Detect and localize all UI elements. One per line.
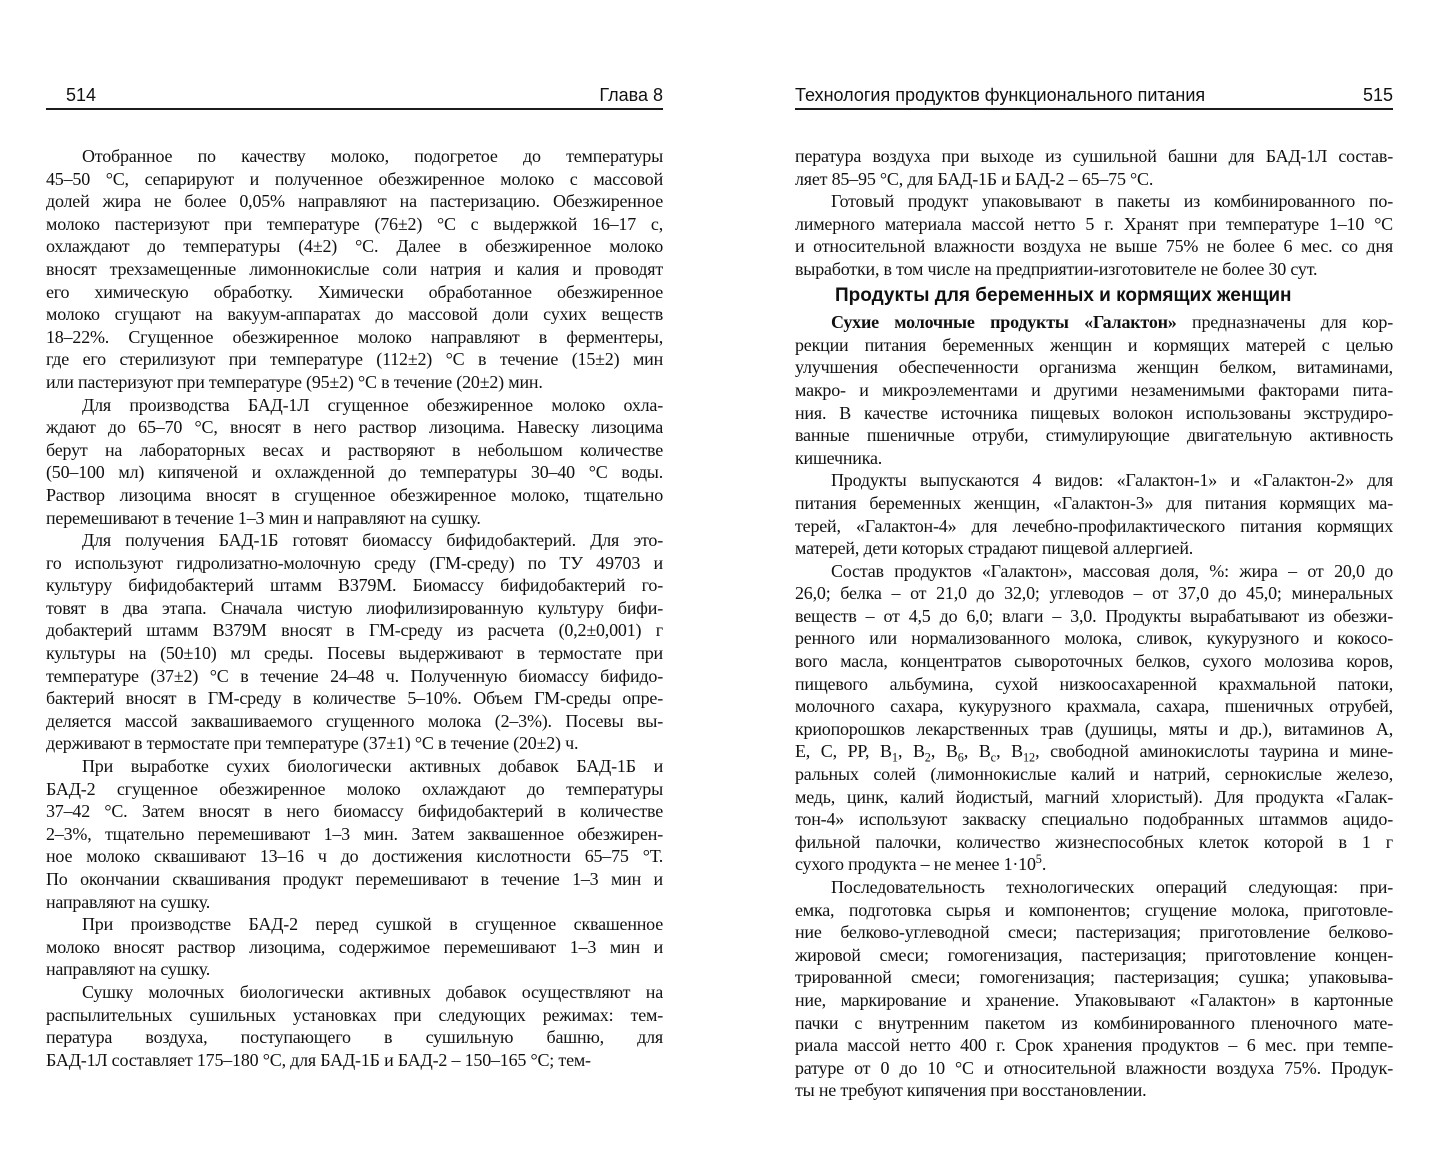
text-line: вносят трехзамещенные лимоннокислые соли…: [46, 258, 663, 281]
book-spread: 514 Глава 8 Отобранное по качеству молок…: [0, 0, 1456, 1159]
text-line: где его стерилизуют при температуре (112…: [46, 348, 663, 371]
text-line: ральных солей (лимоннокислые калий и нат…: [795, 763, 1393, 786]
paragraph: При производстве БАД-2 перед сушкой в сг…: [46, 913, 663, 981]
text-line: (50–100 мл) кипяченой и охлажденной до т…: [46, 461, 663, 484]
text-line: тон-4» используют закваску специально по…: [795, 808, 1393, 831]
paragraph: Последовательность технологических опера…: [795, 876, 1393, 1102]
text-line: терей, «Галактон-4» для лечебно-профилак…: [795, 515, 1393, 538]
text-line: температуре (37±2) °С в течение 24–48 ч.…: [46, 665, 663, 688]
text-line: молочного сахара, кукурузного крахмала, …: [795, 695, 1393, 718]
text-line: молоко сгущают на вакуум-аппаратах до ма…: [46, 303, 663, 326]
text-line: ренного или нормализованного молока, сли…: [795, 627, 1393, 650]
text-line: пачки с внутренним пакетом из комбиниров…: [795, 1012, 1393, 1035]
text-line: культуры на (50±10) мл среды. Посевы выд…: [46, 642, 663, 665]
text-line: ния. В качестве источника пищевых волоко…: [795, 402, 1393, 425]
text-line: емка, подготовка сырья и компонентов; сг…: [795, 899, 1393, 922]
text-line: культуру бифидобактерий штамм В379М. Био…: [46, 574, 663, 597]
text-line: риала массой нетто 400 г. Срок хранения …: [795, 1034, 1393, 1057]
text-line: выработки, в том числе на предприятии-из…: [795, 258, 1393, 281]
text-line: держивают в термостате при температуре (…: [46, 732, 663, 755]
left-running-title: Глава 8: [599, 86, 663, 104]
text-line: улучшения обеспеченности организма женщи…: [795, 356, 1393, 379]
text-line: молоко пастеризуют при температуре (76±2…: [46, 213, 663, 236]
text-line: товят в два этапа. Сначала чистую лиофил…: [46, 597, 663, 620]
left-page: 514 Глава 8 Отобранное по качеству молок…: [46, 86, 663, 1071]
text-line: охлаждают до температуры (4±2) °С. Далее…: [46, 235, 663, 258]
text-line: Сушку молочных биологически активных доб…: [46, 981, 663, 1004]
text-line: Готовый продукт упаковывают в пакеты из …: [795, 190, 1393, 213]
text-line: 37–42 °С. Затем вносят в него биомассу б…: [46, 800, 663, 823]
text-line: го используют гидролизатно-молочную сред…: [46, 552, 663, 575]
text-line: Для производства БАД-1Л сгущенное обезжи…: [46, 394, 663, 417]
right-running-title: Технология продуктов функционального пит…: [795, 86, 1205, 104]
text-line: перемешивают в течение 1–3 мин и направл…: [46, 507, 663, 530]
text-line: По окончании сквашивания продукт перемеш…: [46, 868, 663, 891]
paragraph: Для производства БАД-1Л сгущенное обезжи…: [46, 394, 663, 530]
text-line: Для получения БАД-1Б готовят биомассу би…: [46, 529, 663, 552]
text-line: распылительных сушильных установках при …: [46, 1004, 663, 1027]
paragraph: Сушку молочных биологически активных доб…: [46, 981, 663, 1071]
paragraph: Продукты выпускаются 4 видов: «Галактон-…: [795, 469, 1393, 559]
text-line: бактерий вносят в ГМ-среду в количестве …: [46, 687, 663, 710]
text-line: Продукты выпускаются 4 видов: «Галактон-…: [795, 469, 1393, 492]
text-line: ляет 85–95 °С, для БАД-1Б и БАД-2 – 65–7…: [795, 168, 1393, 191]
left-page-number: 514: [66, 86, 96, 104]
text-line: молоко вносят раствор лизоцима, содержим…: [46, 936, 663, 959]
text-line: и относительной влажности воздуха не выш…: [795, 235, 1393, 258]
text-line: ванные пшеничные отруби, стимулирующие д…: [795, 424, 1393, 447]
text-line: ное молоко сквашивают 13–16 ч до достиже…: [46, 845, 663, 868]
text-line: направляют на сушку.: [46, 891, 663, 914]
text-line: 26,0; белка – от 21,0 до 32,0; углеводов…: [795, 582, 1393, 605]
text-line: пищевого альбумина, сухой низкоосахаренн…: [795, 673, 1393, 696]
right-page: Технология продуктов функционального пит…: [795, 86, 1393, 1102]
text-line: При выработке сухих биологически активны…: [46, 755, 663, 778]
paragraph: Готовый продукт упаковывают в пакеты из …: [795, 190, 1393, 280]
right-page-number: 515: [1363, 86, 1393, 104]
text-line: криопорошков лекарственных трав (душицы,…: [795, 718, 1393, 741]
text-line: лимерного материала массой нетто 5 г. Хр…: [795, 213, 1393, 236]
text-line: деляется массой заквашиваемого сгущенног…: [46, 710, 663, 733]
text-line: рекции питания беременных женщин и кормя…: [795, 334, 1393, 357]
text-line: БАД-1Л составляет 175–180 °С, для БАД-1Б…: [46, 1049, 663, 1072]
paragraph: пература воздуха при выходе из сушильной…: [795, 145, 1393, 190]
paragraph: При выработке сухих биологически активны…: [46, 755, 663, 913]
text-line: питания беременных женщин, «Галактон-3» …: [795, 492, 1393, 515]
text-line: фильной палочки, количество жизнеспособн…: [795, 831, 1393, 854]
text-line: сухого продукта – не менее 1·105.: [795, 853, 1393, 876]
text-line: 2–3%, тщательно перемешивают 1–3 мин. За…: [46, 823, 663, 846]
text-line: ты не требуют кипячения при восстановлен…: [795, 1079, 1393, 1102]
text-line: матерей, дети которых страдают пищевой а…: [795, 537, 1393, 560]
text-line: берут на лабораторных весах и растворяют…: [46, 439, 663, 462]
text-line: пература воздуха, поступающего в сушильн…: [46, 1026, 663, 1049]
text-line: добактерий штамм В379М вносят в ГМ-среду…: [46, 619, 663, 642]
text-line: Сухие молочные продукты «Галактон» предн…: [795, 311, 1393, 334]
text-line: Е, С, РР, В1, В2, В6, Вс, В12, свободной…: [795, 740, 1393, 763]
text-line: жировой смеси; гомогенизация, пастеризац…: [795, 944, 1393, 967]
text-line: БАД-2 сгущенное обезжиренное молоко охла…: [46, 778, 663, 801]
text-line: его химическую обработку. Химически обра…: [46, 281, 663, 304]
right-page-header: Технология продуктов функционального пит…: [795, 86, 1393, 110]
right-page-text: пература воздуха при выходе из сушильной…: [795, 145, 1393, 1102]
text-line: долей жира не более 0,05% направляют на …: [46, 190, 663, 213]
text-line: направляют на сушку.: [46, 958, 663, 981]
text-line: ние белково-углеводной смеси; пастеризац…: [795, 921, 1393, 944]
text-line: ние, маркирование и хранение. Упаковываю…: [795, 989, 1393, 1012]
text-line: трированной смеси; гомогенизация; пастер…: [795, 966, 1393, 989]
text-line: или пастеризуют при температуре (95±2) °…: [46, 371, 663, 394]
text-line: ждают до 65–70 °С, вносят в него раствор…: [46, 416, 663, 439]
paragraph: Отобранное по качеству молоко, подогрето…: [46, 145, 663, 394]
text-line: 45–50 °С, сепарируют и полученное обезжи…: [46, 168, 663, 191]
text-line: вого масла, концентратов сывороточных бе…: [795, 650, 1393, 673]
text-line: медь, цинк, калий йодистый, магний хлори…: [795, 786, 1393, 809]
text-line: Раствор лизоцима вносят в сгущенное обез…: [46, 484, 663, 507]
text-line: Отобранное по качеству молоко, подогрето…: [46, 145, 663, 168]
text-line: пература воздуха при выходе из сушильной…: [795, 145, 1393, 168]
text-line: кишечника.: [795, 447, 1393, 470]
text-line: Последовательность технологических опера…: [795, 876, 1393, 899]
text-line: ратуре от 0 до 10 °С и относительной вла…: [795, 1057, 1393, 1080]
paragraph: Для получения БАД-1Б готовят биомассу би…: [46, 529, 663, 755]
paragraph: Состав продуктов «Галактон», массовая до…: [795, 560, 1393, 876]
text-line: При производстве БАД-2 перед сушкой в сг…: [46, 913, 663, 936]
text-line: 18–22%. Сгущенное обезжиренное молоко на…: [46, 326, 663, 349]
text-line: веществ – от 4,5 до 6,0; влаги – 3,0. Пр…: [795, 605, 1393, 628]
left-page-text: Отобранное по качеству молоко, подогрето…: [46, 145, 663, 1071]
paragraph: Сухие молочные продукты «Галактон» предн…: [795, 311, 1393, 469]
left-page-header: 514 Глава 8: [46, 86, 663, 110]
section-heading: Продукты для беременных и кормящих женщи…: [835, 285, 1393, 308]
text-line: макро- и микроэлементами и другими незам…: [795, 379, 1393, 402]
text-line: Состав продуктов «Галактон», массовая до…: [795, 560, 1393, 583]
